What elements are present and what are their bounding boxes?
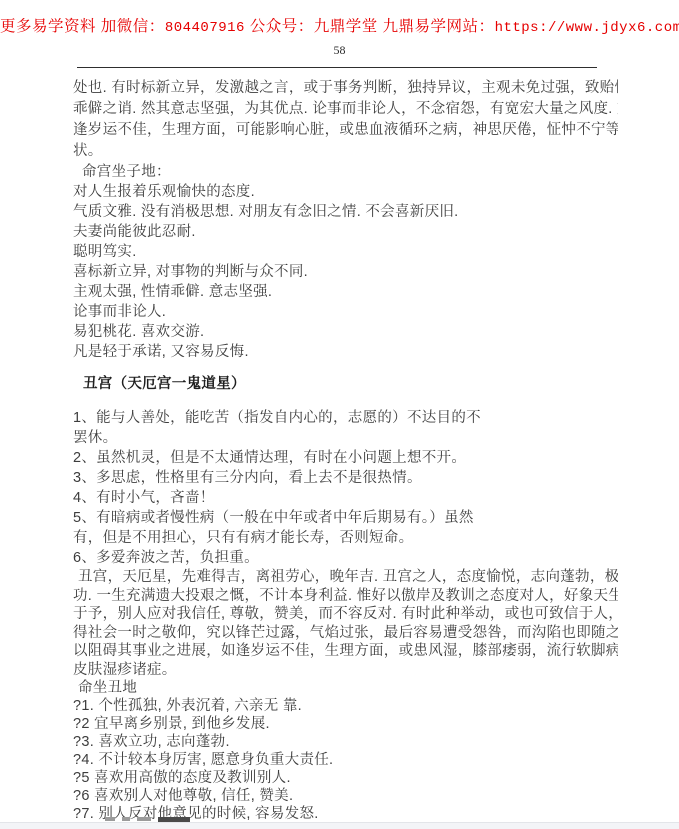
text-line: 夫妻尚能彼此忍耐.	[73, 222, 618, 242]
page-bottom-gap	[0, 822, 679, 829]
subsection-label: 命宫坐子地：	[73, 162, 618, 182]
list-item-line: 5、有暗病或者慢性病（一般在中年或者中年后期易有。）虽然	[73, 508, 618, 528]
text-line: 主观太强, 性情乖僻. 意志坚强.	[73, 282, 618, 302]
clipped-glyph-top	[137, 817, 151, 821]
wechat-number: 804407916	[165, 20, 245, 36]
text-line: 乖僻之诮. 然其意志坚强，为其优点. 论事而非论人，不念宿怨，有宽宏大量之风度.…	[73, 99, 618, 120]
page-number: 58	[0, 43, 679, 58]
document-viewport: 更多易学资料 加微信：804407916 公众号：九鼎学堂 九鼎易学网站：htt…	[0, 0, 679, 829]
text-line: 聪明笃实.	[73, 242, 618, 262]
text-line: 以阻碍其事业之进展，如逢岁运不佳，生理方面，或患风湿，膝部痿弱，流行软脚病, 及	[73, 642, 618, 661]
document-body: 处也. 有时标新立异，发激越之言，或于事务判断，独持异议，主观未免过强，致贻性情…	[73, 78, 618, 822]
paragraph-chou-intro: 丑宫，天厄星，先难得吉，离祖劳心，晚年吉. 丑宫之人，态度愉悦，志向蓬勃，极喜立…	[73, 568, 618, 679]
clipped-glyph-top	[122, 817, 130, 821]
text-line: 处也. 有时标新立异，发激越之言，或于事务判断，独持异议，主观未免过强，致贻性情	[73, 78, 618, 99]
text-line: 皮肤湿疹诸症。	[73, 661, 618, 680]
document-page: 更多易学资料 加微信：804407916 公众号：九鼎学堂 九鼎易学网站：htt…	[0, 0, 679, 822]
list-item-line: ?1. 个性孤独, 外表沉着, 六亲无 靠.	[73, 697, 618, 715]
list-item-line: 2、虽然机灵，但是不太通情达理，有时在小问题上想不开。	[73, 448, 618, 468]
text-line: 易犯桃花. 喜欢交游.	[73, 322, 618, 342]
list-item-line: 3、多思虑，性格里有三分内向，看上去不是很热情。	[73, 468, 618, 488]
clipped-glyph-top	[105, 817, 115, 821]
text-line: 于予，别人应对我信任, 尊敬，赞美，而不容反对. 有时此种举动，或也可致信于人，…	[73, 605, 618, 624]
text-line: 丑宫，天厄星，先难得吉，离祖劳心，晚年吉. 丑宫之人，态度愉悦，志向蓬勃，极喜立	[73, 568, 618, 587]
notice-middle: 公众号：九鼎学堂 九鼎易学网站：	[245, 18, 495, 35]
text-line: 对人生报着乐观愉快的态度.	[73, 182, 618, 202]
list-item-line: ?5 喜欢用高傲的态度及教训别人.	[73, 769, 618, 787]
text-line: 逢岁运不佳，生理方面，可能影响心脏，或患血液循环之病，神思厌倦，怔忡不宁等症	[73, 120, 618, 141]
list-item-line: 6、多爱奔波之苦，负担重。	[73, 548, 618, 568]
list-item-line: ?4. 不计较本身厉害, 愿意身负重大责任.	[73, 751, 618, 769]
section-ming-chou: 命坐丑地 ?1. 个性孤独, 外表沉着, 六亲无 靠. ?2 宜早离乡别景, 到…	[73, 679, 618, 822]
list-item-line: 1、能与人善处，能吃苦（指发自内心的，志愿的）不达目的不	[73, 408, 618, 428]
list-item-line: ?2 宜早离乡别景, 到他乡发展.	[73, 715, 618, 733]
section-ming-zi: 命宫坐子地： 对人生报着乐观愉快的态度. 气质文雅. 没有消极思想. 对朋友有念…	[73, 162, 618, 362]
list-item-line: ?3. 喜欢立功, 志向蓬勃.	[73, 733, 618, 751]
text-line: 功. 一生充满遗大投艰之慨，不计本身利益. 惟好以傲岸及教训之态度对人，好象天生…	[73, 587, 618, 606]
header-rule	[77, 67, 597, 68]
site-url: https://www.jdyx6.com/	[495, 20, 679, 36]
text-line: 论事而非论人.	[73, 302, 618, 322]
list-item-line: ?6 喜欢别人对他尊敬, 信任, 赞美.	[73, 787, 618, 805]
text-line: 得社会一时之敬仰，究以锋芒过露，气焰过张，最后容易遭受怨咎，而沟陷也即随之，足	[73, 624, 618, 643]
subsection-label: 命坐丑地	[73, 679, 618, 697]
list-item-line: 4、有时小气，吝啬！	[73, 488, 618, 508]
notice-prefix: 更多易学资料 加微信：	[0, 18, 165, 35]
text-line: 凡是轻于承诺, 又容易反悔.	[73, 342, 618, 362]
text-line: 气质文雅. 没有消极思想. 对朋友有念旧之情. 不会喜新厌旧.	[73, 202, 618, 222]
paragraph-zi-intro: 处也. 有时标新立异，发激越之言，或于事务判断，独持异议，主观未免过强，致贻性情…	[73, 78, 618, 162]
list-item-line: 有，但是不用担心，只有有病才能长寿，否则短命。	[73, 528, 618, 548]
numbered-list-chou: 1、能与人善处，能吃苦（指发自内心的，志愿的）不达目的不 罢休。 2、虽然机灵，…	[73, 408, 618, 568]
header-notice: 更多易学资料 加微信：804407916 公众号：九鼎学堂 九鼎易学网站：htt…	[0, 14, 679, 36]
text-line: 喜标新立异, 对事物的判断与众不同.	[73, 262, 618, 282]
text-line: 状。	[73, 141, 618, 162]
list-item-line: 罢休。	[73, 428, 618, 448]
section-heading-chou-gong: 丑宫（天厄宫一鬼道星）	[73, 374, 618, 394]
